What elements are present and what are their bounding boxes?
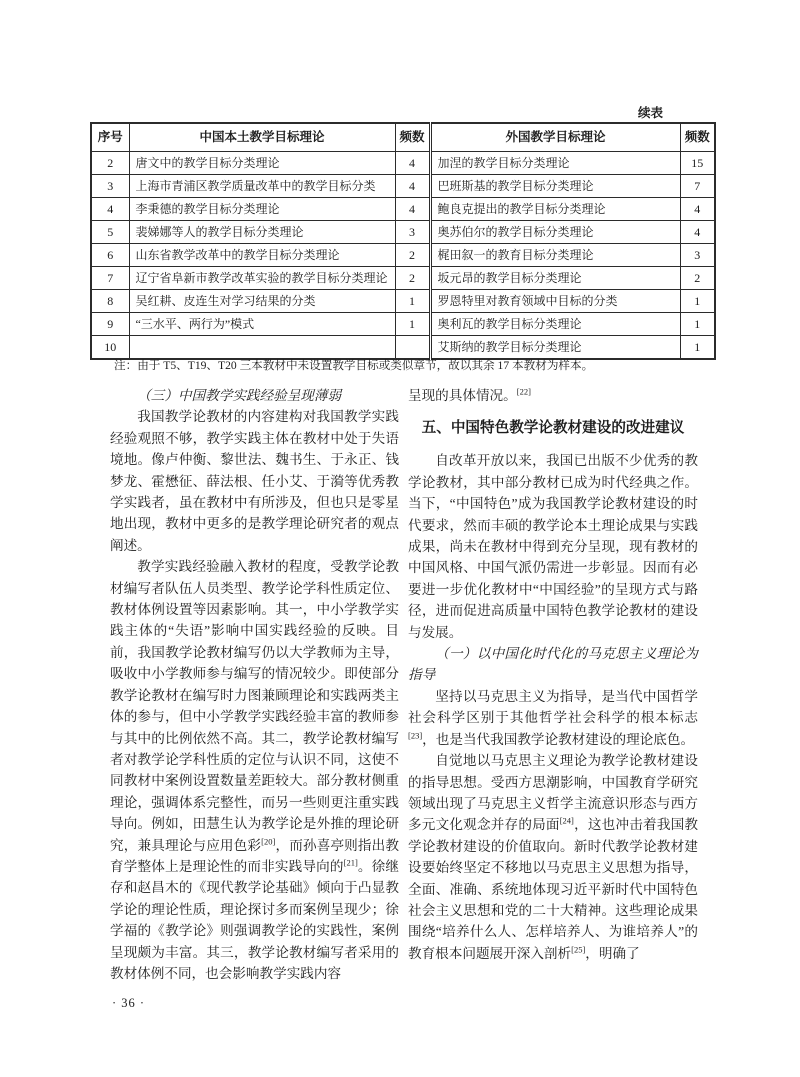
cell-foreign-freq: 7: [680, 175, 715, 198]
cell-cn-theory: 山东省教学改革中的教学目标分类理论: [129, 244, 395, 267]
col-header-seq: 序号: [91, 123, 129, 152]
table-row: 8 吴红耕、皮连生对学习结果的分类 1 罗恩特里对教育领域中目标的分类 1: [91, 290, 715, 313]
cell-cn-freq: 4: [395, 198, 430, 221]
table-continued-label: 续表: [638, 103, 663, 121]
cell-cn-freq: 1: [395, 290, 430, 313]
cell-cn-freq: 2: [395, 244, 430, 267]
table-row: 6 山东省教学改革中的教学目标分类理论 2 梶田叙一的教育目标分类理论 3: [91, 244, 715, 267]
table-row: 10 艾斯纳的教学目标分类理论 1: [91, 336, 715, 360]
cell-foreign-freq: 15: [680, 152, 715, 175]
cell-foreign-theory: 鲍良克提出的教学目标分类理论: [430, 198, 680, 221]
table-header-row: 序号 中国本土教学目标理论 频数 外国教学目标理论 频数: [91, 123, 715, 152]
cell-cn-freq: 1: [395, 313, 430, 336]
col-header-foreign-freq: 频数: [680, 123, 715, 152]
cell-foreign-theory: 坂元昂的教学目标分类理论: [430, 267, 680, 290]
cell-foreign-freq: 1: [680, 336, 715, 360]
col-header-foreign-theory: 外国教学目标理论: [430, 123, 680, 152]
body-paragraph: 我国教学论教材的内容建构对我国教学实践经验观照不够，教学实践主体在教材中处于失语…: [110, 406, 399, 556]
table-row: 2 唐文中的教学目标分类理论 4 加涅的教学目标分类理论 15: [91, 152, 715, 175]
cell-foreign-theory: 加涅的教学目标分类理论: [430, 152, 680, 175]
cell-foreign-freq: 1: [680, 290, 715, 313]
teaching-objectives-table: 序号 中国本土教学目标理论 频数 外国教学目标理论 频数 2 唐文中的教学目标分…: [90, 122, 716, 360]
cell-seq: 8: [91, 290, 129, 313]
cell-seq: 6: [91, 244, 129, 267]
cell-cn-freq: 4: [395, 175, 430, 198]
right-text-column: 呈现的具体情况。[22] 五、中国特色教学论教材建设的改进建议 自改革开放以来，…: [408, 385, 698, 964]
cell-foreign-theory: 罗恩特里对教育领域中目标的分类: [430, 290, 680, 313]
table-row: 9 “三水平、两行为”模式 1 奥利瓦的教学目标分类理论 1: [91, 313, 715, 336]
body-paragraph: 自觉地以马克思主义理论为教学论教材建设的指导思想。受西方思潮影响，中国教育学研究…: [408, 750, 698, 964]
cell-seq: 7: [91, 267, 129, 290]
cell-cn-freq: 3: [395, 221, 430, 244]
cell-foreign-freq: 3: [680, 244, 715, 267]
cell-cn-freq: 4: [395, 152, 430, 175]
cell-foreign-freq: 1: [680, 313, 715, 336]
subsection-heading-three: （三）中国教学实践经验呈现薄弱: [110, 385, 399, 406]
cell-cn-theory: 唐文中的教学目标分类理论: [129, 152, 395, 175]
table-row: 4 李秉德的教学目标分类理论 4 鲍良克提出的教学目标分类理论 4: [91, 198, 715, 221]
cell-seq: 2: [91, 152, 129, 175]
cell-cn-freq: [395, 336, 430, 360]
cell-foreign-freq: 2: [680, 267, 715, 290]
cell-seq: 9: [91, 313, 129, 336]
section-heading-five: 五、中国特色教学论教材建设的改进建议: [408, 417, 698, 439]
paper-page: 续表 序号 中国本土教学目标理论 频数 外国教学目标理论 频数 2 唐文中的教学…: [0, 0, 800, 1077]
cell-cn-theory: 李秉德的教学目标分类理论: [129, 198, 395, 221]
cell-cn-theory: 裴娣娜等人的教学目标分类理论: [129, 221, 395, 244]
cell-cn-theory: “三水平、两行为”模式: [129, 313, 395, 336]
cell-cn-freq: 2: [395, 267, 430, 290]
cell-seq: 5: [91, 221, 129, 244]
cell-cn-theory: [129, 336, 395, 360]
cell-foreign-theory: 奥苏伯尔的教学目标分类理论: [430, 221, 680, 244]
cell-foreign-theory: 巴班斯基的教学目标分类理论: [430, 175, 680, 198]
cell-foreign-freq: 4: [680, 198, 715, 221]
col-header-cn-theory: 中国本土教学目标理论: [129, 123, 395, 152]
left-text-column: （三）中国教学实践经验呈现薄弱 我国教学论教材的内容建构对我国教学实践经验观照不…: [110, 385, 399, 984]
cell-foreign-theory: 艾斯纳的教学目标分类理论: [430, 336, 680, 360]
body-paragraph: 坚持以马克思主义为指导，是当代中国哲学社会科学区别于其他哲学社会科学的根本标志[…: [408, 686, 698, 750]
cell-cn-theory: 吴红耕、皮连生对学习结果的分类: [129, 290, 395, 313]
table-row: 5 裴娣娜等人的教学目标分类理论 3 奥苏伯尔的教学目标分类理论 4: [91, 221, 715, 244]
cell-seq: 3: [91, 175, 129, 198]
subsection-heading-one: （一）以中国化时代化的马克思主义理论为指导: [408, 643, 698, 686]
table-row: 7 辽宁省阜新市教学改革实验的教学目标分类理论 2 坂元昂的教学目标分类理论 2: [91, 267, 715, 290]
page-number: · 36 ·: [112, 996, 145, 1011]
cell-foreign-theory: 梶田叙一的教育目标分类理论: [430, 244, 680, 267]
cell-seq: 10: [91, 336, 129, 360]
cell-cn-theory: 辽宁省阜新市教学改革实验的教学目标分类理论: [129, 267, 395, 290]
table-note: 注：由于 T5、T19、T20 三本教材中未设置教学目标或类似章节，故以其余 1…: [114, 357, 714, 373]
cell-seq: 4: [91, 198, 129, 221]
cell-cn-theory: 上海市青浦区教学质量改革中的教学目标分类: [129, 175, 395, 198]
col-header-cn-freq: 频数: [395, 123, 430, 152]
body-paragraph: 教学实践经验融入教材的程度，受教学论教材编写者队伍人员类型、教学论学科性质定位、…: [110, 556, 399, 984]
paragraph-continuation: 呈现的具体情况。[22]: [408, 385, 698, 406]
body-paragraph: 自改革开放以来，我国已出版不少优秀的教学论教材，其中部分教材已成为时代经典之作。…: [408, 450, 698, 643]
table-row: 3 上海市青浦区教学质量改革中的教学目标分类 4 巴班斯基的教学目标分类理论 7: [91, 175, 715, 198]
cell-foreign-freq: 4: [680, 221, 715, 244]
cell-foreign-theory: 奥利瓦的教学目标分类理论: [430, 313, 680, 336]
